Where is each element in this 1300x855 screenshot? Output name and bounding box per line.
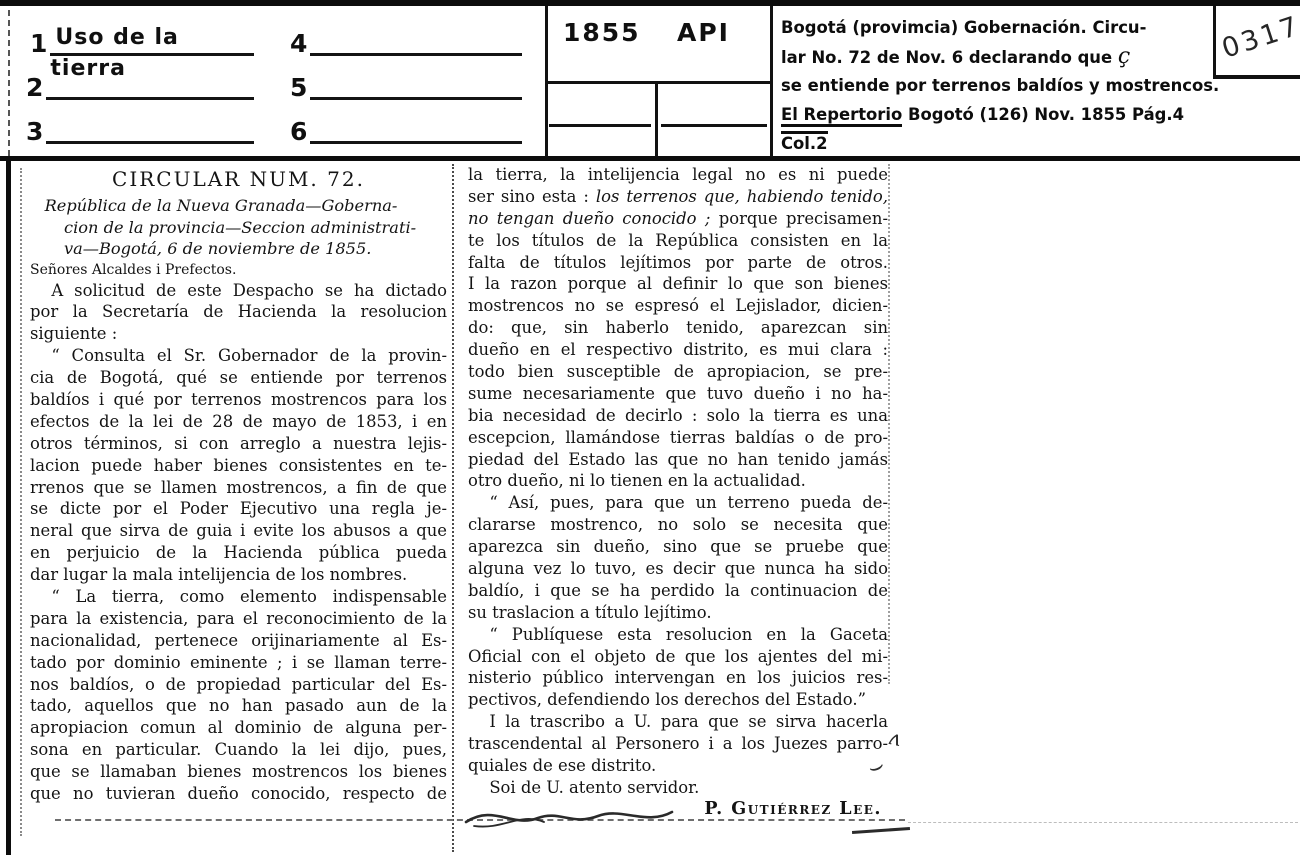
text-line: todo bien susceptible de apropiacion, se… <box>468 361 888 383</box>
text-line: la tierra, la intelijencia legal no es n… <box>468 164 888 186</box>
text-segment: baldíos i qué por terrenos mostrencos pa… <box>30 390 447 409</box>
text-line: nisterio público intervengan en los juic… <box>468 667 888 689</box>
form-field-2: 2 <box>26 66 254 100</box>
text-line: rrenos que se llamen mostrencos, a fin d… <box>30 477 447 499</box>
text-line: en perjuicio de la Hacienda pública pued… <box>30 542 447 564</box>
signature-flourish <box>460 792 680 834</box>
form-field-number: 3 <box>26 119 43 144</box>
text-segment: “ Publíquese esta resolucion en la Gacet… <box>489 625 888 644</box>
text-line: pectivos, defendiendo los derechos del E… <box>468 689 888 711</box>
text-segment: do: que, sin haberlo tenido, aparezcan s… <box>468 318 888 337</box>
text-line: A solicitud de este Despacho se ha dicta… <box>30 280 447 302</box>
text-segment: lar No. 72 de Nov. 6 declarando que <box>781 48 1118 67</box>
text-line: otros términos, si con arreglo a nuestra… <box>30 433 447 455</box>
form-field-number: 6 <box>290 119 307 144</box>
text-line: que no tuvieran dueño conocido, respecto… <box>30 783 447 805</box>
article-dateline: República de la Nueva Granada—Goberna-ci… <box>30 195 447 260</box>
paragraph: I la trascribo a U. para que se sirva ha… <box>468 711 888 777</box>
text-segment: Bogotó (126) Nov. 1855 Pág.4 <box>902 105 1184 124</box>
text-segment: siguiente : <box>30 324 117 343</box>
text-segment: nisterio público intervengan en los juic… <box>468 668 888 687</box>
archival-index-card: 1 Uso de la tierra 2 3 4 5 6 1855 API <box>0 0 1300 855</box>
text-line: su traslacion a título lejítimo. <box>468 602 888 624</box>
article-title: CIRCULAR NUM. 72. <box>30 166 447 193</box>
text-segment: Bogotá (provimcia) Gobernación. Circu- <box>781 18 1146 37</box>
text-segment: neral que sirva de guia i evite los abus… <box>30 521 447 540</box>
text-line: República de la Nueva Granada—Goberna- <box>30 195 447 217</box>
text-segment: República de la Nueva Granada—Goberna- <box>45 196 398 215</box>
form-field-1: 1 Uso de la tierra <box>30 22 254 56</box>
handwritten-caret-mark: ʌ <box>887 725 904 751</box>
text-line: Oficial con el objeto de que los ajentes… <box>468 646 888 668</box>
text-segment: clararse mostrenco, no solo se necesita … <box>468 515 888 534</box>
date-cell-horizontal-line <box>545 81 773 84</box>
text-segment: que no tuvieran dueño conocido, respecto… <box>30 784 447 803</box>
text-line: bia necesidad de decirlo : solo la tierr… <box>468 405 888 427</box>
text-segment: cia de Bogotá, qué se entiende por terre… <box>30 368 447 387</box>
paragraph: la tierra, la intelijencia legal no es n… <box>468 164 888 492</box>
text-segment: pectivos, defendiendo los derechos del E… <box>468 690 866 709</box>
paragraph: “ La tierra, como elemento indispensable… <box>30 586 447 805</box>
text-line: va—Bogotá, 6 de noviembre de 1855. <box>30 238 447 260</box>
text-line: no tengan dueño conocido ; porque precis… <box>468 208 888 230</box>
text-segment: A solicitud de este Despacho se ha dicta… <box>51 281 447 300</box>
text-line: cion de la provincia—Seccion administrat… <box>30 217 447 239</box>
text-line: falta de títulos lejítimos por parte de … <box>468 252 888 274</box>
text-segment: lacion puede haber bienes consistentes e… <box>30 456 447 475</box>
text-line: escepcion, llamándose tierras baldías o … <box>468 427 888 449</box>
text-segment: bia necesidad de decirlo : solo la tierr… <box>468 406 888 425</box>
text-line: I la razon porque al definir lo que son … <box>468 273 888 295</box>
text-line: baldío, i que se ha perdido la continuac… <box>468 580 888 602</box>
form-field-underline <box>310 110 522 144</box>
text-line: aparezca sin dueño, sino que se pruebe q… <box>468 536 888 558</box>
text-segment: sume necesariamente que tuvo dueño i no … <box>468 384 888 403</box>
text-segment: todo bien susceptible de apropiacion, se… <box>468 362 888 381</box>
article-column-1: CIRCULAR NUM. 72.República de la Nueva G… <box>30 166 447 805</box>
text-line: te los títulos de la República consisten… <box>468 230 888 252</box>
code-label: API <box>677 18 730 47</box>
text-line: sume necesariamente que tuvo dueño i no … <box>468 383 888 405</box>
form-field-6: 6 <box>290 110 522 144</box>
year-label: 1855 <box>563 18 641 47</box>
text-line: cia de Bogotá, qué se entiende por terre… <box>30 367 447 389</box>
text-segment: dar lugar la mala intelijencia de los no… <box>30 565 407 584</box>
form-field-underline <box>46 110 254 144</box>
text-line: Col.2 <box>781 129 1296 158</box>
text-line: por la Secretaría de Hacienda la resoluc… <box>30 301 447 323</box>
text-segment: los terrenos que, habiendo tenido, <box>596 187 888 206</box>
text-line: Señores Alcaldes i Prefectos. <box>30 260 447 280</box>
text-segment: por la Secretaría de Hacienda la resoluc… <box>30 302 447 321</box>
text-segment: en perjuicio de la Hacienda pública pued… <box>30 543 447 562</box>
text-segment: I la trascribo a U. para que se sirva ha… <box>489 712 888 731</box>
text-line: efectos de la lei de 28 de mayo de 1853,… <box>30 411 447 433</box>
text-segment: cion de la provincia—Seccion administrat… <box>64 218 416 237</box>
text-line: alguna vez lo tuvo, es decir que nunca h… <box>468 558 888 580</box>
text-line: do: que, sin haberlo tenido, aparezcan s… <box>468 317 888 339</box>
text-segment: “ La tierra, como elemento indispensable <box>51 587 447 606</box>
text-segment: aparezca sin dueño, sino que se pruebe q… <box>468 537 888 556</box>
text-line: lacion puede haber bienes consistentes e… <box>30 455 447 477</box>
form-field-number: 2 <box>26 75 43 100</box>
text-segment: I la razon porque al definir lo que son … <box>468 274 888 293</box>
text-line: trascendental al Personero i a los Jueze… <box>468 733 888 755</box>
form-field-underline <box>46 66 254 100</box>
text-line: “ Consulta el Sr. Gobernador de la provi… <box>30 345 447 367</box>
text-segment: alguna vez lo tuvo, es decir que nunca h… <box>468 559 888 578</box>
paragraph: A solicitud de este Despacho se ha dicta… <box>30 280 447 346</box>
text-segment: tado, aquellos que no han pasado aun de … <box>30 696 447 715</box>
text-line: neral que sirva de guia i evite los abus… <box>30 520 447 542</box>
text-segment: sona en particular. Cuando la lei dijo, … <box>30 740 447 759</box>
text-segment: “ Consulta el Sr. Gobernador de la provi… <box>51 346 447 365</box>
text-line: se entiende por terrenos baldíos y mostr… <box>781 71 1296 100</box>
text-segment: porque precisamen- <box>710 209 888 228</box>
column1-margin-dotted-rule <box>20 168 22 836</box>
paragraph: “ Publíquese esta resolucion en la Gacet… <box>468 624 888 712</box>
paragraph: “ Así, pues, para que un terreno pueda d… <box>468 492 888 623</box>
form-field-value <box>310 113 315 138</box>
form-field-value <box>310 69 315 94</box>
form-field-number: 5 <box>290 75 307 100</box>
top-border-line <box>0 0 1300 6</box>
text-line: se dicte por el Poder Ejecutivo una regl… <box>30 498 447 520</box>
text-segment: escepcion, llamándose tierras baldías o … <box>468 428 888 447</box>
text-line: dueño en el respectivo distrito, es mui … <box>468 339 888 361</box>
article-column-2: la tierra, la intelijencia legal no es n… <box>468 164 888 821</box>
text-segment: otro dueño, ni lo tienen en la actualida… <box>468 471 806 490</box>
text-line: sona en particular. Cuando la lei dijo, … <box>30 739 447 761</box>
text-segment: P. Gutiérrez Lee. <box>704 799 882 819</box>
bottom-dashed-rule-faint <box>908 822 1298 823</box>
text-line: piedad del Estado las que no han tenido … <box>468 449 888 471</box>
text-segment: Col.2 <box>781 131 828 153</box>
text-line: mostrencos no se espresó el Lejislador, … <box>468 295 888 317</box>
article-salutation: Señores Alcaldes i Prefectos. <box>30 260 447 280</box>
text-line: siguiente : <box>30 323 447 345</box>
text-segment: para la existencia, para el reconocimien… <box>30 609 447 628</box>
text-line: quiales de ese distrito. <box>468 755 888 777</box>
left-border-line <box>6 156 11 855</box>
text-segment: otros términos, si con arreglo a nuestra… <box>30 434 447 453</box>
text-segment: CIRCULAR NUM. 72. <box>112 167 365 191</box>
text-segment: El Repertorio <box>781 105 902 127</box>
text-segment: va—Bogotá, 6 de noviembre de 1855. <box>64 239 371 258</box>
form-field-5: 5 <box>290 66 522 100</box>
text-segment: su traslacion a título lejítimo. <box>468 603 712 622</box>
text-line: ser sino esta : los terrenos que, habien… <box>468 186 888 208</box>
form-field-underline <box>310 66 522 100</box>
text-segment: te los títulos de la República consisten… <box>468 231 888 250</box>
text-line: tado, aquellos que no han pasado aun de … <box>30 695 447 717</box>
form-field-3: 3 <box>26 110 254 144</box>
text-line: “ La tierra, como elemento indispensable <box>30 586 447 608</box>
text-line: lar No. 72 de Nov. 6 declarando que ç <box>781 42 1296 71</box>
text-segment: ser sino esta : <box>468 187 596 206</box>
text-line: baldíos i qué por terrenos mostrencos pa… <box>30 389 447 411</box>
text-segment: nacionalidad, pertenece orijinariamente … <box>30 631 447 650</box>
text-segment: ç <box>1118 44 1130 69</box>
text-segment: mostrencos no se espresó el Lejislador, … <box>468 296 888 315</box>
form-field-value <box>310 25 315 50</box>
text-line: “ Así, pues, para que un terreno pueda d… <box>468 492 888 514</box>
text-line: nos baldíos, o de propiedad particular d… <box>30 674 447 696</box>
text-segment: nos baldíos, o de propiedad particular d… <box>30 675 447 694</box>
text-segment: apropiacion comun al dominio de alguna p… <box>30 718 447 737</box>
text-line: tado por dominio eminente ; i se llaman … <box>30 652 447 674</box>
form-field-underline <box>310 22 522 56</box>
text-segment: piedad del Estado las que no han tenido … <box>468 450 888 469</box>
text-segment: que se llamaban bienes mostrencos los bi… <box>30 762 447 781</box>
text-line: “ Publíquese esta resolucion en la Gacet… <box>468 624 888 646</box>
text-segment: tado por dominio eminente ; i se llaman … <box>30 653 447 672</box>
text-line: apropiacion comun al dominio de alguna p… <box>30 717 447 739</box>
text-segment: rrenos que se llamen mostrencos, a fin d… <box>30 478 447 497</box>
text-segment: trascendental al Personero i a los Jueze… <box>468 734 888 753</box>
text-line: clararse mostrenco, no solo se necesita … <box>468 514 888 536</box>
form-field-number: 1 <box>30 31 47 56</box>
left-dashed-border <box>8 10 10 156</box>
text-segment: efectos de la lei de 28 de mayo de 1853,… <box>30 412 447 431</box>
text-segment: se entiende por terrenos baldíos y mostr… <box>781 76 1219 95</box>
text-segment: Señores Alcaldes i Prefectos. <box>30 262 236 278</box>
date-cell-vertical-divider <box>655 81 658 157</box>
text-line: nacionalidad, pertenece orijinariamente … <box>30 630 447 652</box>
text-segment: falta de títulos lejítimos por parte de … <box>468 253 888 272</box>
text-line: otro dueño, ni lo tienen en la actualida… <box>468 470 888 492</box>
text-segment: la tierra, la intelijencia legal no es n… <box>468 165 888 184</box>
text-line: I la trascribo a U. para que se sirva ha… <box>468 711 888 733</box>
text-segment: baldío, i que se ha perdido la continuac… <box>468 581 888 600</box>
form-field-underline: Uso de la tierra <box>50 22 254 56</box>
text-line: CIRCULAR NUM. 72. <box>30 166 447 193</box>
text-segment: se dicte por el Poder Ejecutivo una regl… <box>30 499 447 518</box>
column2-right-dotted-rule <box>888 164 890 684</box>
text-line: dar lugar la mala intelijencia de los no… <box>30 564 447 586</box>
form-field-number: 4 <box>290 31 307 56</box>
form-field-value <box>46 69 51 94</box>
text-segment: “ Así, pues, para que un terreno pueda d… <box>489 493 888 512</box>
text-line: El Repertorio Bogotó (126) Nov. 1855 Pág… <box>781 100 1296 129</box>
paragraph: “ Consulta el Sr. Gobernador de la provi… <box>30 345 447 586</box>
text-segment: no tengan dueño conocido ; <box>468 209 710 228</box>
text-line: para la existencia, para el reconocimien… <box>30 608 447 630</box>
column-divider-dotted-rule <box>452 164 454 852</box>
text-segment: dueño en el respectivo distrito, es mui … <box>468 340 888 359</box>
text-line: que se llamaban bienes mostrencos los bi… <box>30 761 447 783</box>
signature-trailing-dash <box>852 827 910 834</box>
form-field-4: 4 <box>290 22 522 56</box>
form-field-value <box>46 113 51 138</box>
text-segment: Oficial con el objeto de que los ajentes… <box>468 647 888 666</box>
date-cell-sub-line-right <box>661 124 767 127</box>
date-cell-sub-line-left <box>549 124 651 127</box>
text-segment: quiales de ese distrito. <box>468 756 656 775</box>
